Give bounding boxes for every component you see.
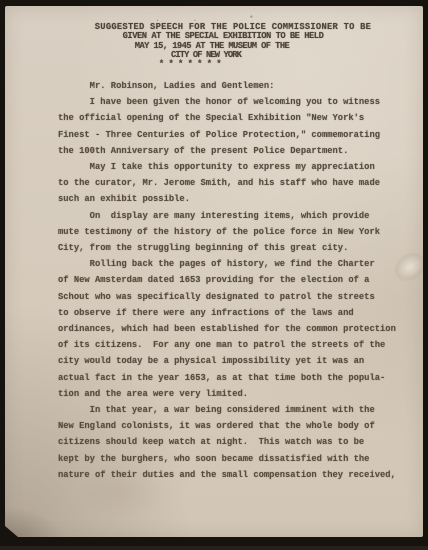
scan-bottom-edge — [0, 546, 428, 550]
body-line: of New Amsterdam dated 1653 providing fo… — [58, 272, 413, 288]
title-divider-asterisks: * * * * * * * — [0, 60, 399, 69]
body-line: the official opening of the Special Exhi… — [58, 110, 413, 126]
document-body: Mr. Robinson, Ladies and Gentlemen: I ha… — [58, 78, 413, 483]
paper-corner-shadow — [5, 506, 65, 540]
body-line: mute testimony of the history of the pol… — [58, 224, 413, 240]
body-line: In that year, a war being considered imm… — [58, 402, 413, 418]
scan-background: . . * SUGGESTED SPEECH FOR THE POLICE CO… — [0, 0, 428, 550]
body-line: to observe if there were any infractions… — [58, 305, 413, 321]
body-line: kept by the burghers, who soon became di… — [58, 451, 413, 467]
body-line: Schout who was specifically designated t… — [58, 289, 413, 305]
body-line: Finest - Three Centuries of Police Prote… — [58, 127, 413, 143]
body-line: On display are many interesting items, w… — [58, 208, 413, 224]
body-line: citizens should keep watch at night. Thi… — [58, 434, 413, 450]
body-line: City, from the struggling beginning of t… — [58, 240, 413, 256]
salutation-line: Mr. Robinson, Ladies and Gentlemen: — [58, 78, 413, 94]
body-line: ordinances, which had been established f… — [58, 321, 413, 337]
body-line: I have been given the honor of welcoming… — [58, 94, 413, 110]
body-line: such an exhibit possible. — [58, 191, 413, 207]
body-line: city would today be a physical impossibi… — [58, 353, 413, 369]
document-page: . . * SUGGESTED SPEECH FOR THE POLICE CO… — [5, 6, 423, 537]
document-title-block: SUGGESTED SPEECH FOR THE POLICE COMMISSI… — [5, 23, 423, 70]
body-line: tion and the area were very limited. — [58, 386, 413, 402]
body-line: actual fact in the year 1653, as at that… — [58, 370, 413, 386]
body-line: Rolling back the pages of history, we fi… — [58, 256, 413, 272]
body-line: New England colonists, it was ordered th… — [58, 418, 413, 434]
body-line: the 100th Anniversary of the present Pol… — [58, 143, 413, 159]
body-line: nature of their duties and the small com… — [58, 467, 413, 483]
body-line: May I take this opportunity to express m… — [58, 159, 413, 175]
body-line: of its citizens. For any one man to patr… — [58, 337, 413, 353]
body-line: to the curator, Mr. Jerome Smith, and hi… — [58, 175, 413, 191]
